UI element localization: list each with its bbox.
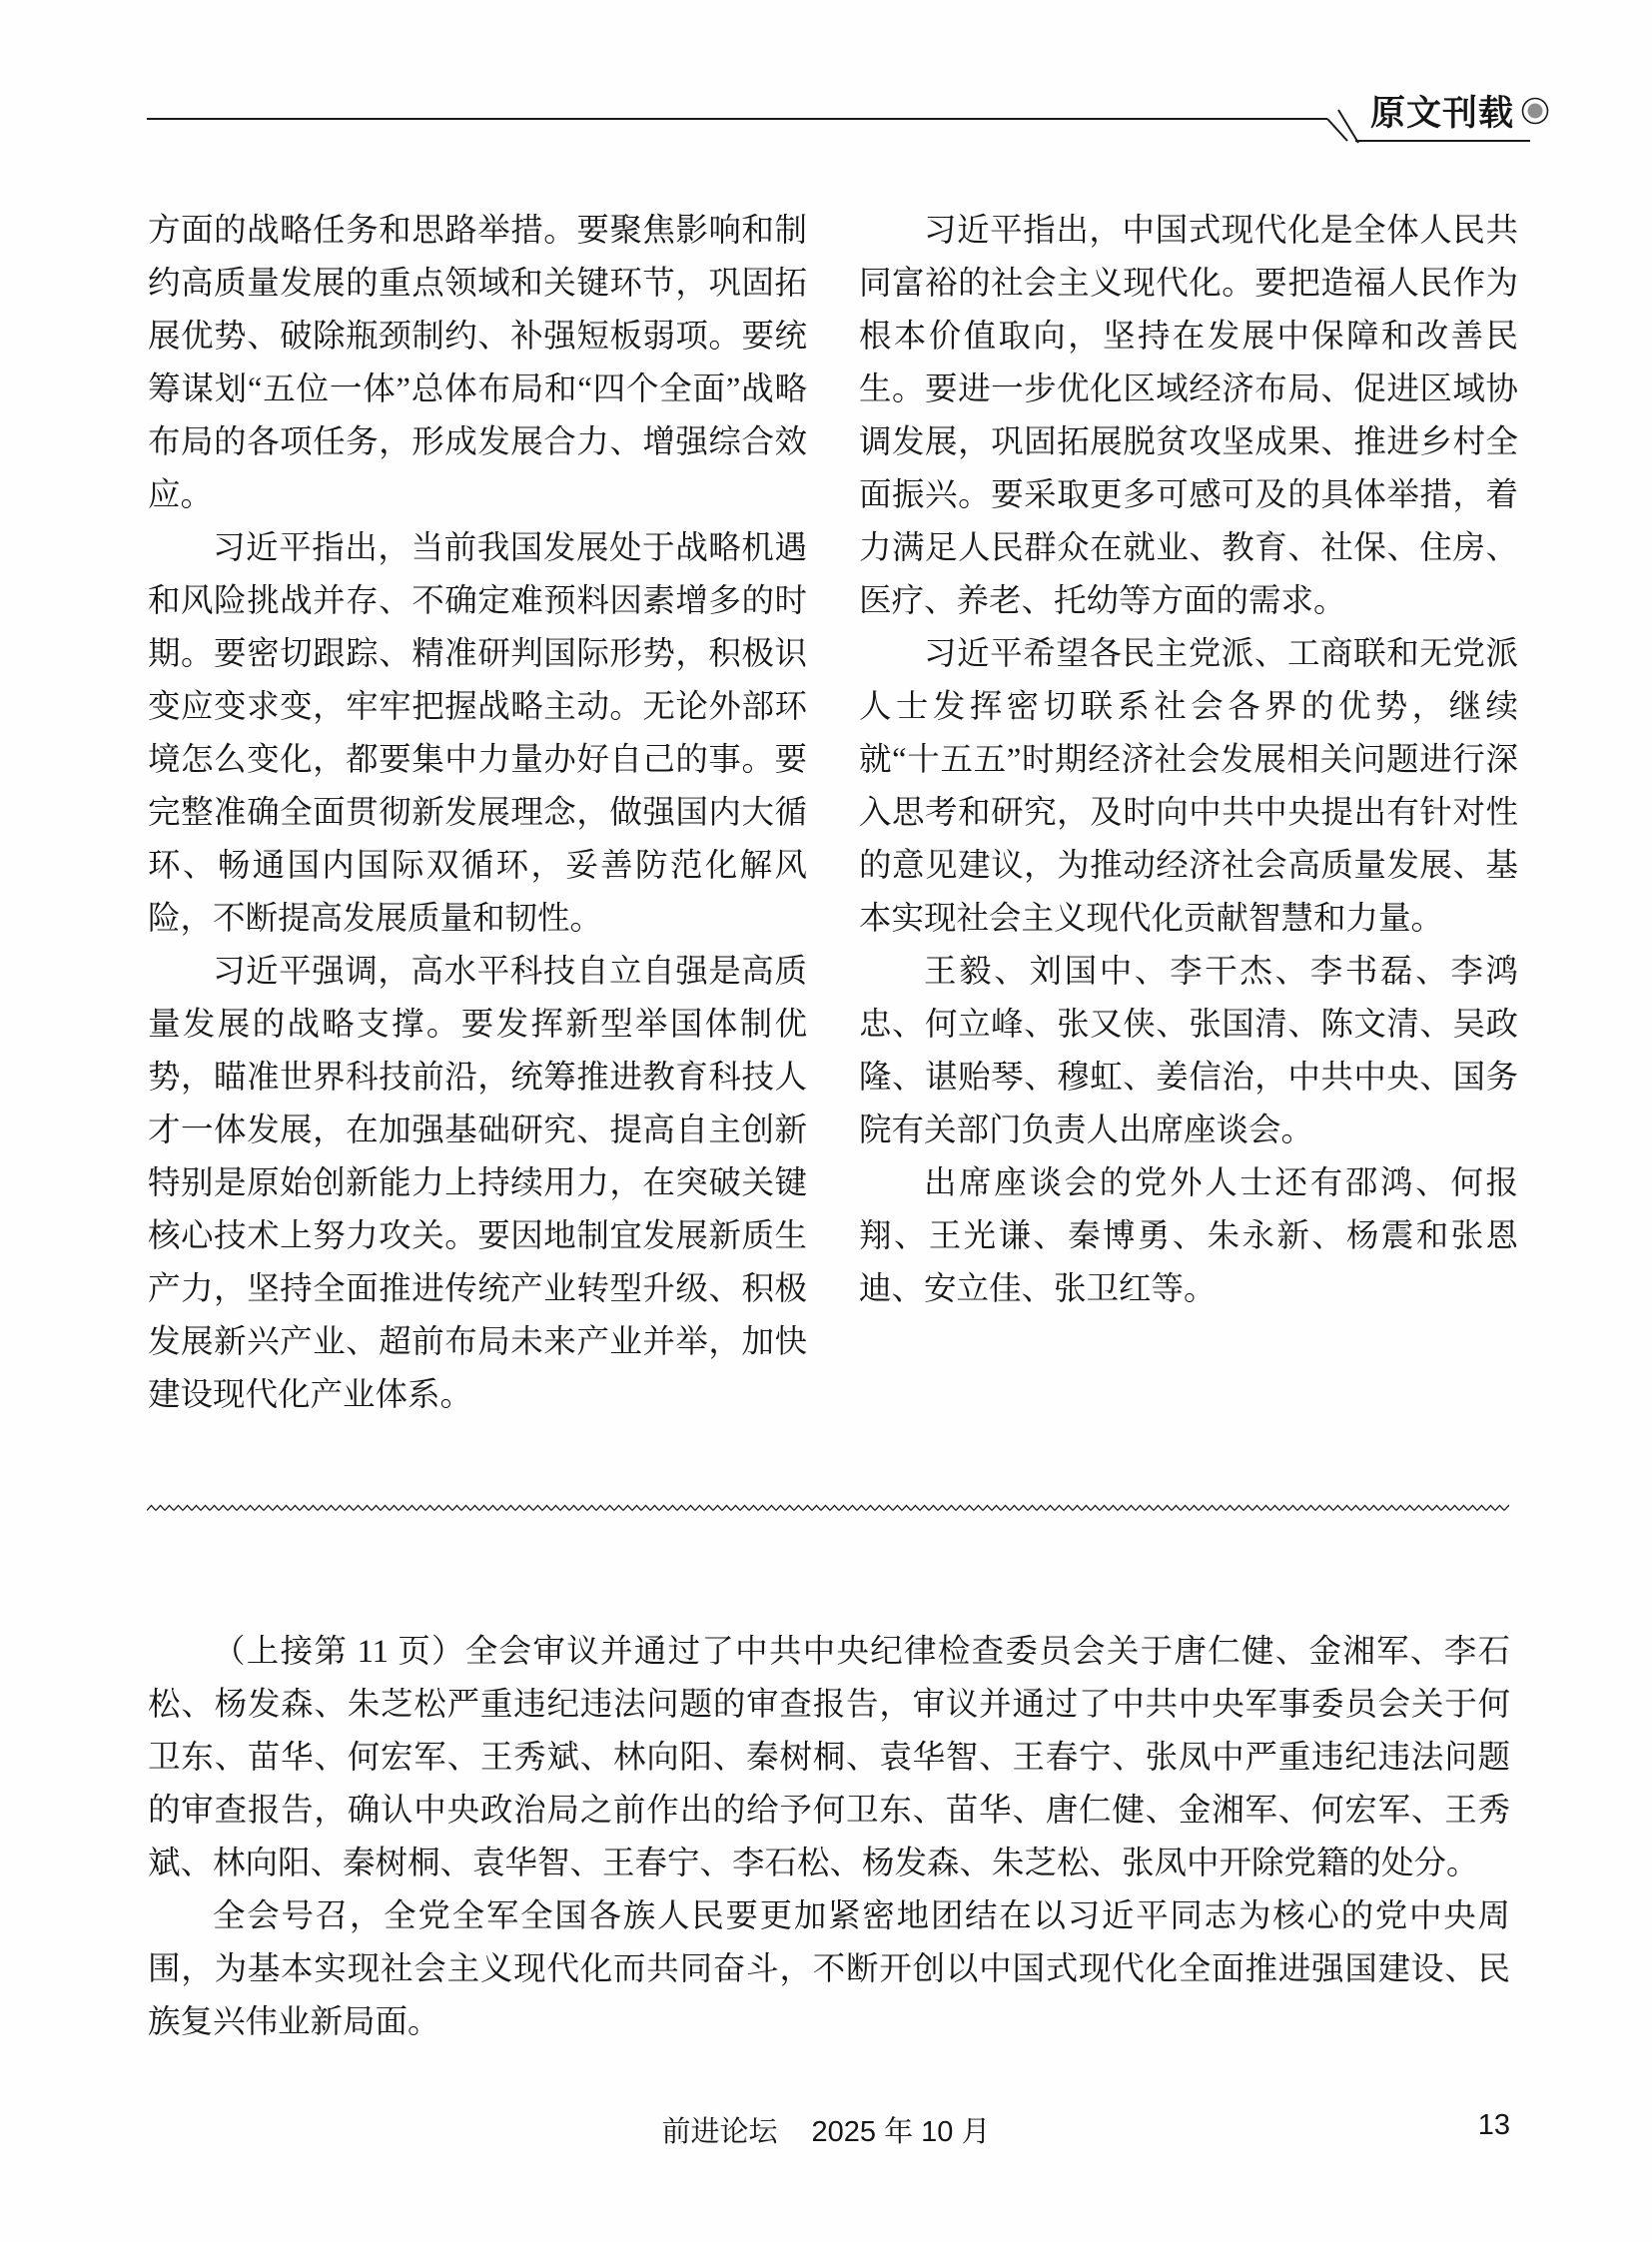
paragraph: 出席座谈会的党外人士还有邵鸿、何报翔、王光谦、秦博勇、朱永新、杨震和张恩迪、安立… [859, 1157, 1518, 1316]
column-right: 习近平指出，中国式现代化是全体人民共同富裕的社会主义现代化。要把造福人民作为根本… [859, 205, 1518, 1316]
paragraph: 王毅、刘国中、李干杰、李书磊、李鸿忠、何立峰、张又侠、张国清、陈文清、吴政隆、谌… [859, 946, 1518, 1157]
paragraph: （上接第 11 页）全会审议并通过了中共中央纪律检查委员会关于唐仁健、金湘军、李… [148, 1626, 1510, 1890]
paragraph: 习近平指出，中国式现代化是全体人民共同富裕的社会主义现代化。要把造福人民作为根本… [859, 205, 1518, 628]
bullseye-icon [1520, 96, 1550, 126]
journal-page: 原文刊载 方面的战略任务和思路举措。要聚焦影响和制约高质量发展的重点领域和关键环… [0, 0, 1652, 2242]
paragraph: 习近平希望各民主党派、工商联和无党派人士发挥密切联系社会各界的优势，继续就“十五… [859, 628, 1518, 946]
page-number: 13 [1450, 2109, 1510, 2142]
issue-date: 2025 年 10 月 [812, 2116, 991, 2148]
column-left: 方面的战略任务和思路举措。要聚焦影响和制约高质量发展的重点领域和关键环节，巩固拓… [148, 205, 807, 1422]
header-rule [0, 0, 1652, 160]
section-label: 原文刊载 [1370, 86, 1514, 136]
journal-name: 前进论坛 [662, 2116, 778, 2148]
paragraph: 习近平指出，当前我国发展处于战略机遇和风险挑战并存、不确定难预料因素增多的时期。… [148, 522, 807, 946]
paragraph: 方面的战略任务和思路举措。要聚焦影响和制约高质量发展的重点领域和关键环节，巩固拓… [148, 205, 807, 522]
footer: 前进论坛2025 年 10 月 [0, 2109, 1652, 2150]
paragraph: 习近平强调，高水平科技自立自强是高质量发展的战略支撑。要发挥新型举国体制优势，瞄… [148, 946, 807, 1422]
continuation-section: （上接第 11 页）全会审议并通过了中共中央纪律检查委员会关于唐仁健、金湘军、李… [148, 1626, 1510, 2049]
zigzag-divider [147, 1503, 1509, 1513]
paragraph: 全会号召，全党全军全国各族人民要更加紧密地团结在以习近平同志为核心的党中央周围，… [148, 1890, 1510, 2049]
